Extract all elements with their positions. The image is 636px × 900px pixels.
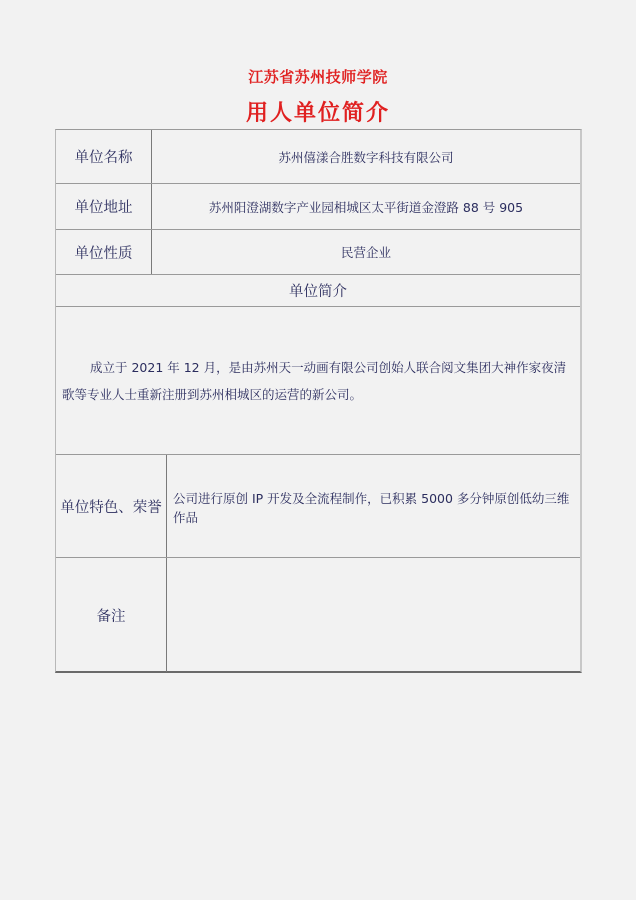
label-company-name: 单位名称 bbox=[56, 130, 152, 183]
label-features: 单位特色、荣誉 bbox=[56, 455, 167, 557]
value-features: 公司进行原创 IP 开发及全流程制作，已积累 5000 多分钟原创低幼三维作品 bbox=[167, 455, 580, 557]
row-company-name: 单位名称 苏州僖漾合胜数字科技有限公司 bbox=[56, 130, 580, 184]
row-company-type: 单位性质 民营企业 bbox=[56, 230, 580, 275]
school-name: 江苏省苏州技师学院 bbox=[0, 66, 636, 87]
label-company-type: 单位性质 bbox=[56, 230, 152, 274]
row-intro-text: 成立于 2021 年 12 月，是由苏州天一动画有限公司创始人联合阅文集团大神作… bbox=[56, 307, 580, 455]
value-company-type: 民营企业 bbox=[152, 230, 580, 274]
value-company-name: 苏州僖漾合胜数字科技有限公司 bbox=[152, 130, 580, 183]
employer-info-table: 单位名称 苏州僖漾合胜数字科技有限公司 单位地址 苏州阳澄湖数字产业园相城区太平… bbox=[55, 129, 582, 673]
document-title: 用人单位简介 bbox=[0, 96, 636, 127]
label-company-address: 单位地址 bbox=[56, 184, 152, 229]
row-company-address: 单位地址 苏州阳澄湖数字产业园相城区太平街道金澄路 88 号 905 bbox=[56, 184, 580, 230]
value-remarks bbox=[167, 558, 580, 672]
row-features: 单位特色、荣誉 公司进行原创 IP 开发及全流程制作，已积累 5000 多分钟原… bbox=[56, 455, 580, 558]
row-intro-header: 单位简介 bbox=[56, 275, 580, 307]
intro-section-header: 单位简介 bbox=[56, 275, 580, 306]
label-remarks: 备注 bbox=[56, 558, 167, 672]
value-company-address: 苏州阳澄湖数字产业园相城区太平街道金澄路 88 号 905 bbox=[152, 184, 580, 229]
intro-paragraph: 成立于 2021 年 12 月，是由苏州天一动画有限公司创始人联合阅文集团大神作… bbox=[56, 307, 580, 454]
row-remarks: 备注 bbox=[56, 558, 580, 672]
